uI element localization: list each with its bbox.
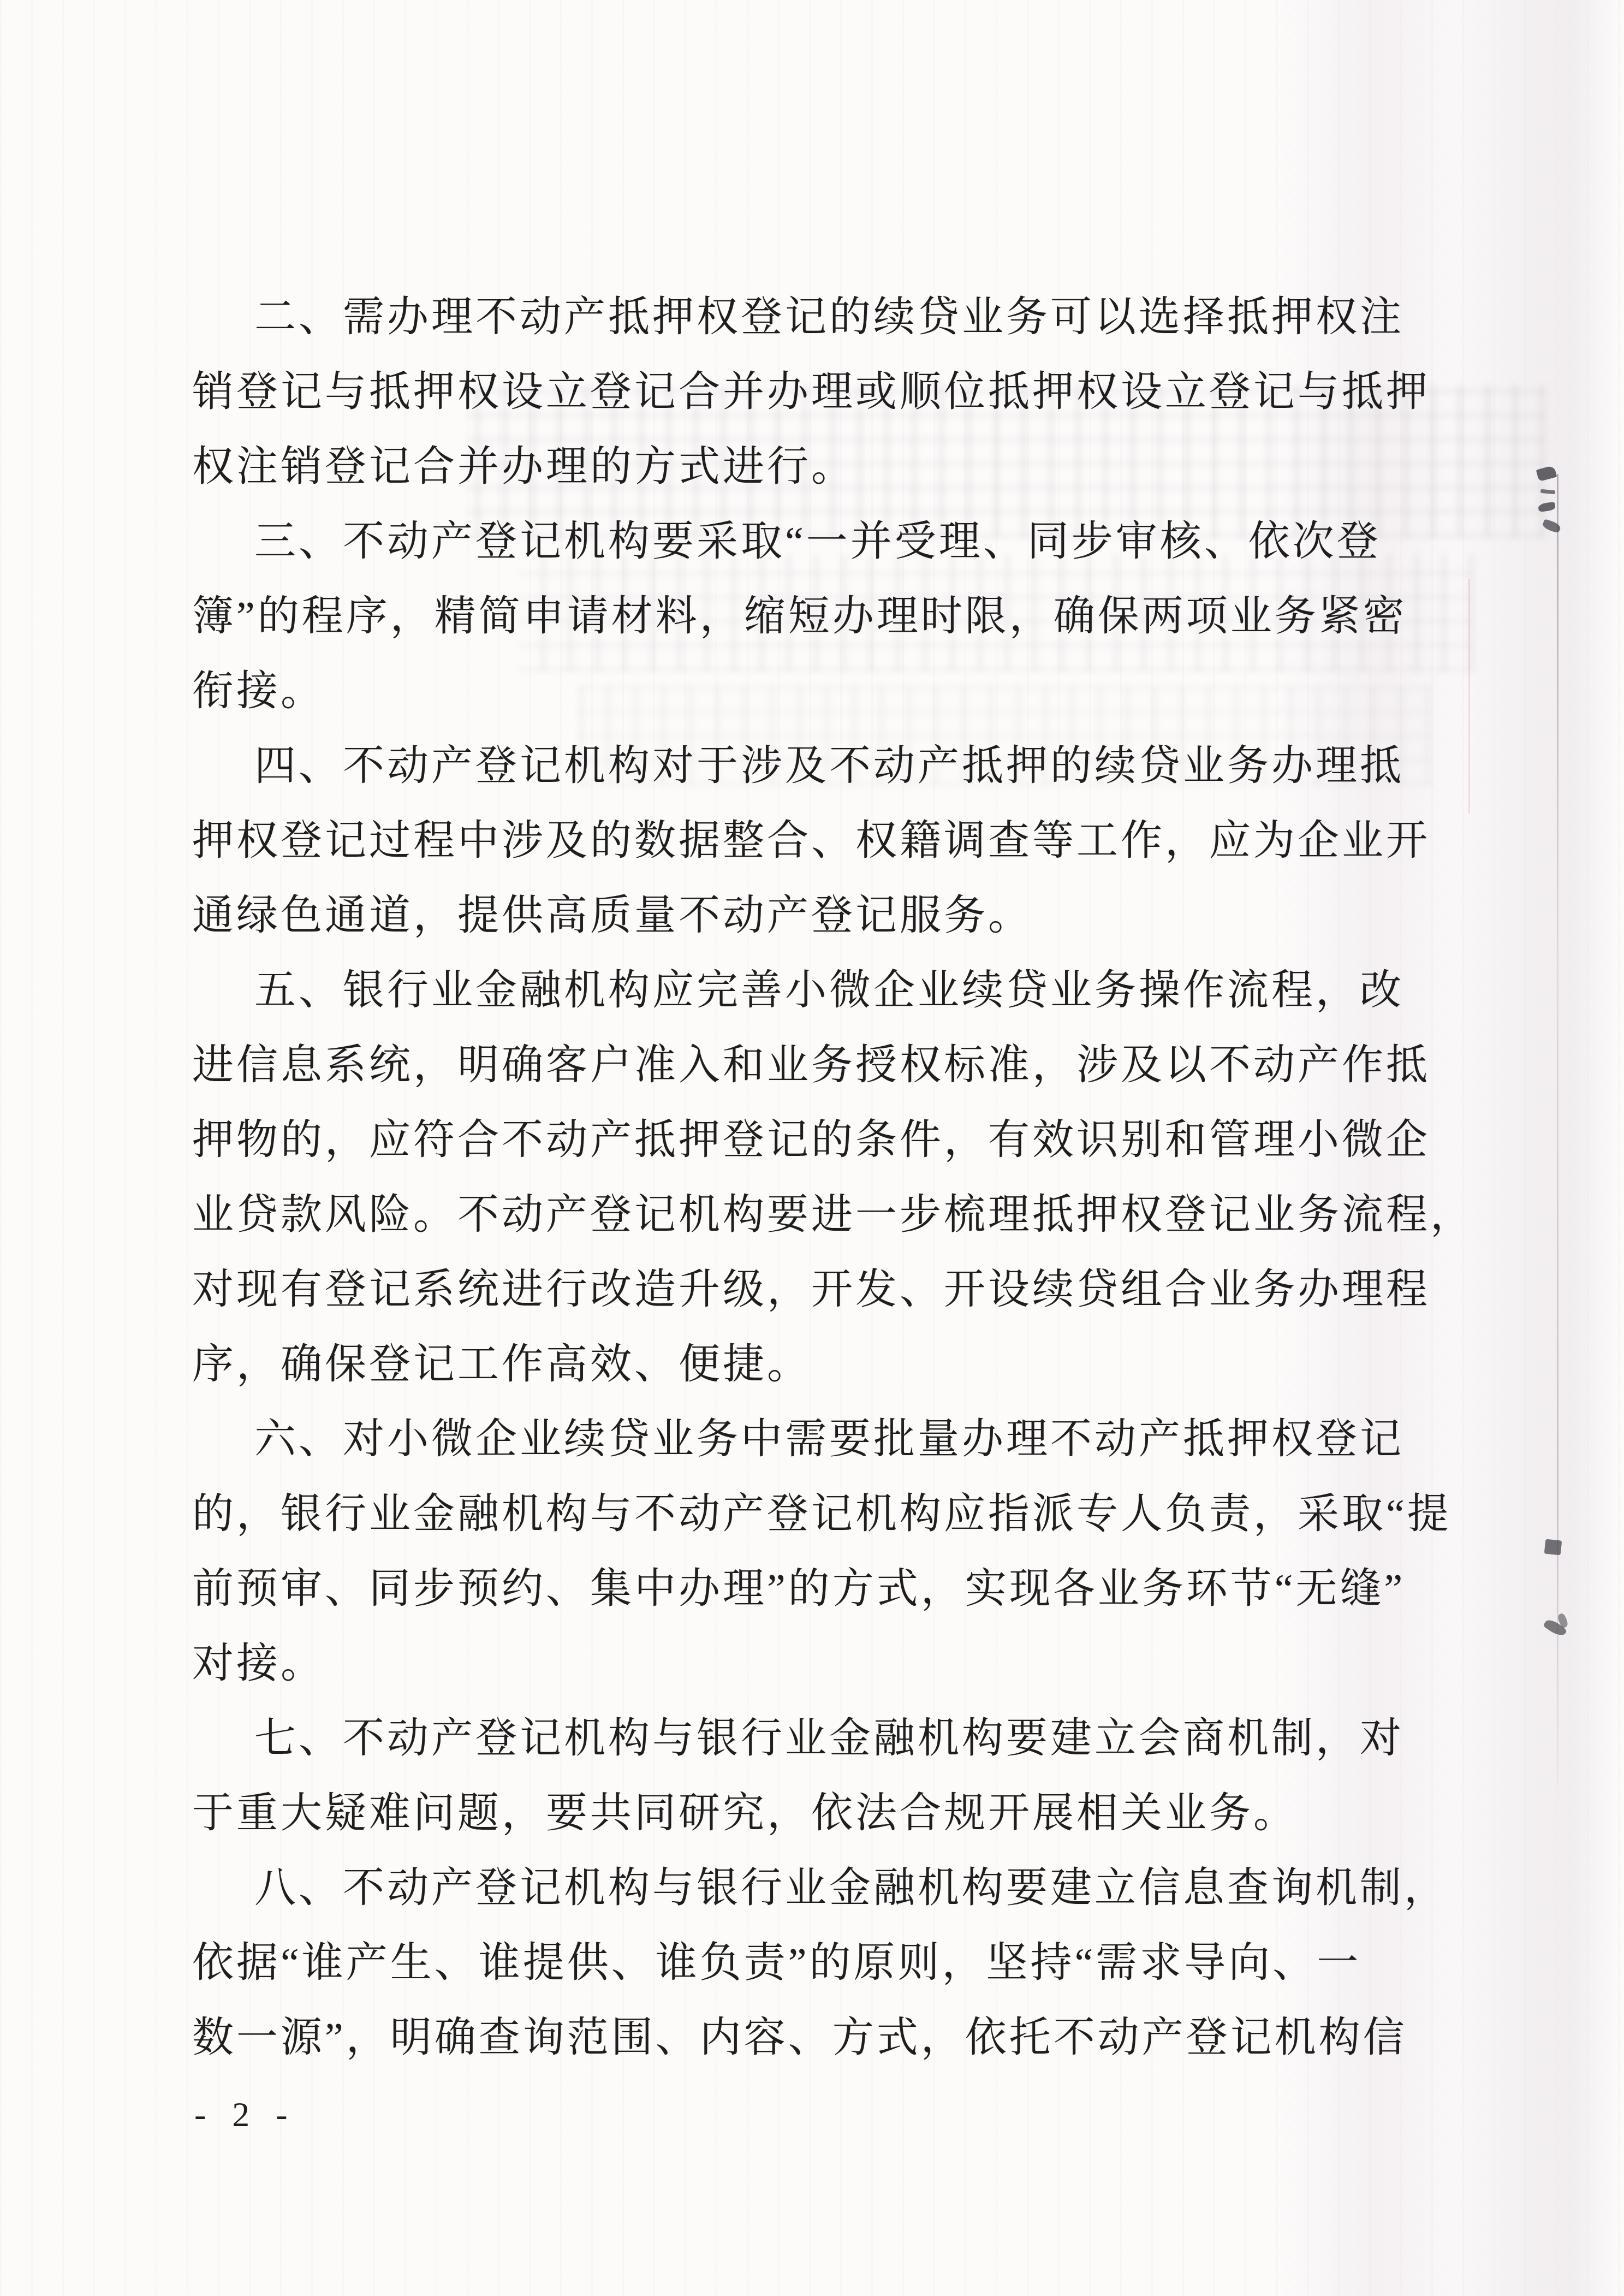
text-line: 衔接。 (192, 650, 1474, 725)
page-fold-line-artifact (1557, 474, 1558, 1784)
document-body-text: 二、需办理不动产抵押权登记的续贷业务可以选择抵押权注 销登记与抵押权设立登记合并… (192, 276, 1474, 2071)
text-line: 前预审、同步预约、集中办理”的方式，实现各业务环节“无缝” (192, 1547, 1474, 1622)
text-line: 押物的，应符合不动产抵押登记的条件，有效识别和管理小微企 (192, 1099, 1474, 1173)
text-line: 数一源”，明确查询范围、内容、方式，依托不动产登记机构信 (192, 1996, 1474, 2071)
ink-smudge-artifact (1557, 1612, 1569, 1628)
text-line: 五、银行业金融机构应完善小微企业续贷业务操作流程，改 (192, 949, 1474, 1024)
text-line: 业贷款风险。不动产登记机构要进一步梳理抵押权登记业务流程， (192, 1173, 1474, 1248)
scanned-document-page: 二、需办理不动产抵押权登记的续贷业务可以选择抵押权注 销登记与抵押权设立登记合并… (0, 0, 1624, 2296)
ink-smudge-artifact (1538, 502, 1556, 512)
text-line: 八、不动产登记机构与银行业金融机构要建立信息查询机制， (192, 1847, 1474, 1921)
ink-smudge-artifact (1544, 1539, 1562, 1556)
ink-smudge-artifact (1542, 519, 1562, 533)
ink-smudge-artifact (1540, 489, 1556, 494)
text-line: 簿”的程序，精简申请材料，缩短办理时限，确保两项业务紧密 (192, 575, 1474, 650)
ink-smudge-artifact (1536, 465, 1557, 482)
text-line: 进信息系统，明确客户准入和业务授权标准，涉及以不动产作抵 (192, 1024, 1474, 1099)
text-line: 于重大疑难问题，要共同研究，依法合规开展相关业务。 (192, 1772, 1474, 1847)
text-line: 六、对小微企业续贷业务中需要批量办理不动产抵押权登记 (192, 1398, 1474, 1473)
text-line: 通绿色通道，提供高质量不动产登记服务。 (192, 874, 1474, 949)
text-line: 二、需办理不动产抵押权登记的续贷业务可以选择抵押权注 (192, 276, 1474, 351)
text-line: 四、不动产登记机构对于涉及不动产抵押的续贷业务办理抵 (192, 725, 1474, 799)
ink-smudge-artifact (1543, 1617, 1568, 1639)
page-number: - 2 - (194, 2095, 296, 2135)
text-line: 三、不动产登记机构要采取“一并受理、同步审核、依次登 (192, 500, 1474, 575)
text-line: 七、不动产登记机构与银行业金融机构要建立会商机制，对 (192, 1697, 1474, 1772)
text-line: 押权登记过程中涉及的数据整合、权籍调查等工作，应为企业开 (192, 799, 1474, 874)
text-line: 序，确保登记工作高效、便捷。 (192, 1323, 1474, 1398)
text-line: 的，银行业金融机构与不动产登记机构应指派专人负责，采取“提 (192, 1473, 1474, 1547)
text-line: 对现有登记系统进行改造升级，开发、开设续贷组合业务办理程 (192, 1248, 1474, 1323)
text-line: 权注销登记合并办理的方式进行。 (192, 425, 1474, 500)
text-line: 销登记与抵押权设立登记合并办理或顺位抵押权设立登记与抵押 (192, 351, 1474, 425)
text-line: 对接。 (192, 1622, 1474, 1697)
text-line: 依据“谁产生、谁提供、谁负责”的原则，坚持“需求导向、一 (192, 1921, 1474, 1996)
